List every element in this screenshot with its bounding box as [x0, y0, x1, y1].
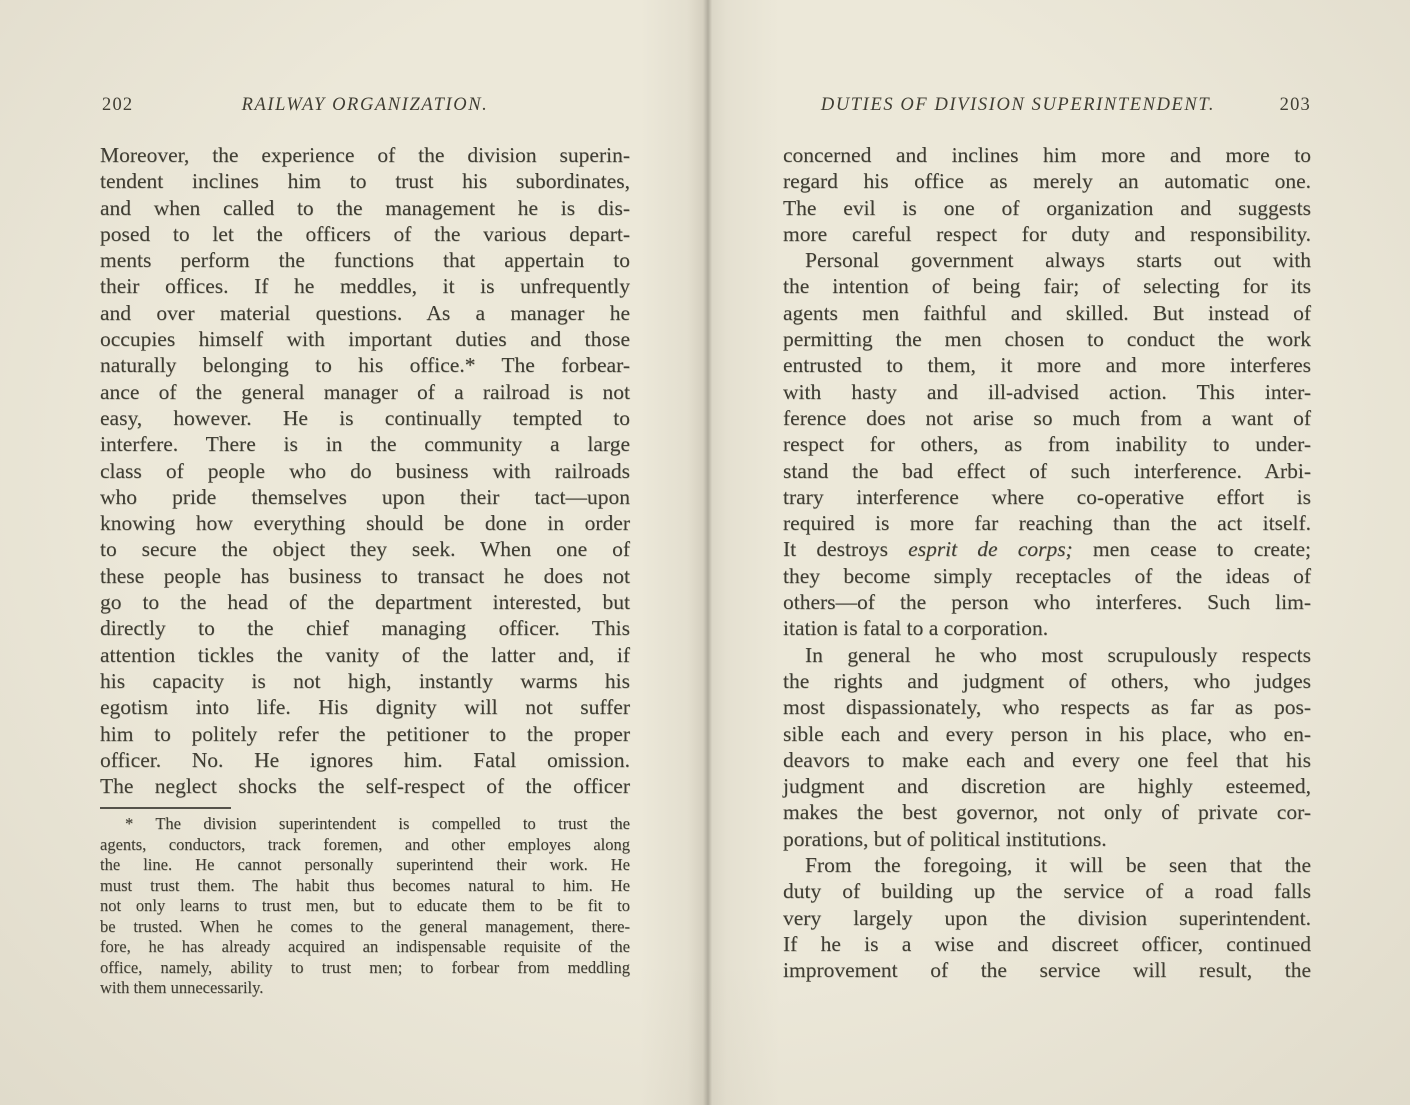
right-running-title: DUTIES OF DIVISION SUPERINTENDENT. [783, 95, 1253, 116]
text-line: others—of the person who interferes. Suc… [783, 589, 1311, 615]
right-page-header: DUTIES OF DIVISION SUPERINTENDENT. 203 [783, 95, 1311, 119]
right-page: DUTIES OF DIVISION SUPERINTENDENT. 203 c… [783, 95, 1311, 984]
text-segment: men cease to create; [1073, 537, 1311, 561]
text-line: office, namely, ability to trust men; to… [100, 958, 630, 979]
text-line: and when called to the management he is … [100, 195, 630, 221]
text-line: permitting the men chosen to conduct the… [783, 326, 1311, 352]
text-line: concerned and inclines him more and more… [783, 142, 1311, 168]
text-line: trary interference where co-operative ef… [783, 484, 1311, 510]
text-line: The evil is one of organization and sugg… [783, 195, 1311, 221]
text-line: who pride themselves upon their tact—upo… [100, 484, 630, 510]
text-line: their offices. If he meddles, it is unfr… [100, 273, 630, 299]
text-line: Personal government always starts out wi… [783, 247, 1311, 273]
text-line: ance of the general manager of a railroa… [100, 379, 630, 405]
text-line: easy, however. He is continually tempted… [100, 405, 630, 431]
text-line: not only learns to trust men, but to edu… [100, 896, 630, 917]
text-line: ments perform the functions that apperta… [100, 247, 630, 273]
text-line: be trusted. When he comes to the general… [100, 917, 630, 938]
text-line: respect for others, as from inability to… [783, 431, 1311, 457]
text-line: itation is fatal to a corporation. [783, 615, 1311, 641]
text-line: directly to the chief managing officer. … [100, 615, 630, 641]
book-spread: 202 RAILWAY ORGANIZATION. Moreover, the … [0, 0, 1410, 1105]
text-line: regard his office as merely an automatic… [783, 168, 1311, 194]
footnote-rule [100, 807, 231, 809]
text-line: with hasty and ill-advised action. This … [783, 379, 1311, 405]
text-line: him to politely refer the petitioner to … [100, 721, 630, 747]
left-page-body: Moreover, the experience of the division… [100, 142, 630, 799]
text-line: the rights and judgment of others, who j… [783, 668, 1311, 694]
text-line: most dispassionately, who respects as fa… [783, 694, 1311, 720]
left-page-footnote: * The division superintendent is compell… [100, 814, 630, 999]
text-line: knowing how everything should be done in… [100, 510, 630, 536]
text-line: In general he who most scrupulously resp… [783, 642, 1311, 668]
left-page: 202 RAILWAY ORGANIZATION. Moreover, the … [100, 95, 630, 999]
text-line: sible each and every person in his place… [783, 721, 1311, 747]
text-line: agents men faithful and skilled. But ins… [783, 300, 1311, 326]
text-line: tendent inclines him to trust his subord… [100, 168, 630, 194]
text-line: judgment and discretion are highly estee… [783, 773, 1311, 799]
text-line: occupies himself with important duties a… [100, 326, 630, 352]
text-line: interfere. There is in the community a l… [100, 431, 630, 457]
text-line: duty of building up the service of a roa… [783, 878, 1311, 904]
text-line: more careful respect for duty and respon… [783, 221, 1311, 247]
text-line: and over material questions. As a manage… [100, 300, 630, 326]
text-line: naturally belonging to his office.* The … [100, 352, 630, 378]
right-page-number: 203 [1280, 95, 1311, 116]
text-line: class of people who do business with rai… [100, 458, 630, 484]
text-line: to secure the object they seek. When one… [100, 536, 630, 562]
text-line: deavors to make each and every one feel … [783, 747, 1311, 773]
text-line: agents, conductors, track foremen, and o… [100, 835, 630, 856]
text-line: posed to let the officers of the various… [100, 221, 630, 247]
text-line: egotism into life. His dignity will not … [100, 694, 630, 720]
text-line: entrusted to them, it more and more inte… [783, 352, 1311, 378]
text-line: the intention of being fair; of selectin… [783, 273, 1311, 299]
text-line: stand the bad effect of such interferenc… [783, 458, 1311, 484]
right-page-body: concerned and inclines him more and more… [783, 142, 1311, 984]
left-page-header: 202 RAILWAY ORGANIZATION. [100, 95, 630, 119]
binding-gutter-shadow [640, 0, 780, 1105]
text-line: The neglect shocks the self-respect of t… [100, 773, 630, 799]
text-line: fore, he has already acquired an indispe… [100, 937, 630, 958]
text-line: * The division superintendent is compell… [100, 814, 630, 835]
text-line: required is more far reaching than the a… [783, 510, 1311, 536]
text-line: Moreover, the experience of the division… [100, 142, 630, 168]
text-line: the line. He cannot personally superinte… [100, 855, 630, 876]
text-line: makes the best governor, not only of pri… [783, 799, 1311, 825]
text-line: these people has business to transact he… [100, 563, 630, 589]
text-line: with them unnecessarily. [100, 978, 630, 999]
text-line: From the foregoing, it will be seen that… [783, 852, 1311, 878]
text-line: his capacity is not high, instantly warm… [100, 668, 630, 694]
left-running-title: RAILWAY ORGANIZATION. [100, 95, 630, 116]
text-line: they become simply receptacles of the id… [783, 563, 1311, 589]
text-line: go to the head of the department interes… [100, 589, 630, 615]
text-line: attention tickles the vanity of the latt… [100, 642, 630, 668]
italic-phrase: esprit de corps; [908, 537, 1073, 561]
text-line: If he is a wise and discreet officer, co… [783, 931, 1311, 957]
text-line: officer. No. He ignores him. Fatal omiss… [100, 747, 630, 773]
text-line: must trust them. The habit thus becomes … [100, 876, 630, 897]
text-line: improvement of the service will result, … [783, 957, 1311, 983]
text-line: very largely upon the division superinte… [783, 905, 1311, 931]
text-segment: It destroys [783, 537, 908, 561]
text-line: ference does not arise so much from a wa… [783, 405, 1311, 431]
text-line: porations, but of political institutions… [783, 826, 1311, 852]
text-line: It destroys esprit de corps; men cease t… [783, 536, 1311, 562]
